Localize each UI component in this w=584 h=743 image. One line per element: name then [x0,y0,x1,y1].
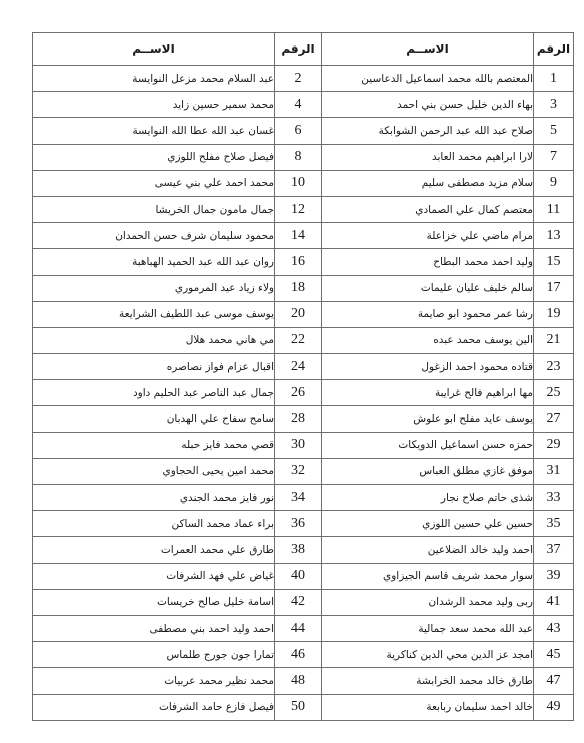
row-name-right: حسين علي حسين اللوزي [322,511,534,537]
header-number-right: الرقم [534,33,574,66]
row-name-left: اسامة خليل صالح خريسات [33,589,275,615]
row-name-left: محمد سمير حسين زايد [33,92,275,118]
table-row: 37احمد وليد خالد الضلاعين38طارق علي محمد… [33,537,574,563]
row-number-right: 41 [534,589,574,615]
row-name-right: وليد احمد محمد البطاح [322,249,534,275]
row-number-left: 10 [275,170,322,196]
row-name-right: عبد الله محمد سعد جمالية [322,615,534,641]
row-name-left: مي هاني محمد هلال [33,327,275,353]
row-number-right: 17 [534,275,574,301]
row-name-left: جمال عبد الناصر عبد الحليم داود [33,380,275,406]
row-name-left: روان عبد الله عبد الحميد الهباهبة [33,249,275,275]
row-number-left: 36 [275,511,322,537]
row-number-left: 30 [275,432,322,458]
row-number-right: 1 [534,66,574,92]
row-name-left: محمد نظير محمد عربيات [33,668,275,694]
table-row: 47طارق خالد محمد الخرابشة48محمد نظير محم… [33,668,574,694]
table-row: 5صلاح عبد الله عبد الرحمن الشوابكة6غسان … [33,118,574,144]
row-name-right: احمد وليد خالد الضلاعين [322,537,534,563]
row-number-left: 44 [275,615,322,641]
row-number-right: 35 [534,511,574,537]
row-number-right: 47 [534,668,574,694]
row-name-right: قتاده محمود احمد الزغول [322,354,534,380]
row-number-left: 26 [275,380,322,406]
row-number-right: 19 [534,301,574,327]
row-name-left: جمال مامون جمال الخريشا [33,196,275,222]
table-row: 39سوار محمد شريف قاسم الجيزاوي40غياض علي… [33,563,574,589]
row-name-right: خالد احمد سليمان ربابعة [322,694,534,720]
row-number-left: 28 [275,406,322,432]
row-number-left: 22 [275,327,322,353]
row-name-right: شذى حاتم صلاح نجار [322,485,534,511]
document-page: الرقم الاســم الرقم الاســم 1المعتصم بال… [32,32,573,721]
row-number-left: 48 [275,668,322,694]
row-number-right: 37 [534,537,574,563]
row-number-right: 23 [534,354,574,380]
row-name-right: مرام ماضي علي خزاعلة [322,223,534,249]
row-name-left: محمد احمد علي بني عيسى [33,170,275,196]
row-number-right: 7 [534,144,574,170]
table-row: 41ربى وليد محمد الرشدان42اسامة خليل صالح… [33,589,574,615]
row-name-right: بهاء الدين خليل حسن بني احمد [322,92,534,118]
row-number-right: 9 [534,170,574,196]
row-number-left: 12 [275,196,322,222]
row-name-left: طارق علي محمد العمرات [33,537,275,563]
row-name-left: غسان عبد الله عطا الله النوايسة [33,118,275,144]
row-number-left: 32 [275,458,322,484]
row-number-left: 16 [275,249,322,275]
table-row: 23قتاده محمود احمد الزغول24اقبال عزام فو… [33,354,574,380]
table-row: 7لارا ابراهيم محمد العابد8فيصل صلاح مفلح… [33,144,574,170]
table-row: 45امجد عز الدين محي الدين كناكرية46تمارا… [33,642,574,668]
row-name-right: يوسف عايد مفلح ابو علوش [322,406,534,432]
row-name-right: المعتصم بالله محمد اسماعيل الدعاسين [322,66,534,92]
row-name-left: غياض علي فهد الشرفات [33,563,275,589]
row-name-right: حمزه حسن اسماعيل الدويكات [322,432,534,458]
row-name-left: قصي محمد فايز حبله [33,432,275,458]
row-name-right: سوار محمد شريف قاسم الجيزاوي [322,563,534,589]
table-row: 9سلام مزيد مصطفى سليم10محمد احمد علي بني… [33,170,574,196]
table-row: 43عبد الله محمد سعد جمالية44احمد وليد اح… [33,615,574,641]
table-row: 35حسين علي حسين اللوزي36براء عماد محمد ا… [33,511,574,537]
header-name-left: الاســم [33,33,275,66]
row-number-right: 33 [534,485,574,511]
row-name-right: مها ابراهيم فالح غرايبة [322,380,534,406]
table-row: 31موفق غازي مطلق العباس32محمد امين يحيى … [33,458,574,484]
row-number-right: 21 [534,327,574,353]
row-number-right: 29 [534,432,574,458]
row-name-left: احمد وليد احمد بني مصطفى [33,615,275,641]
header-number-left: الرقم [275,33,322,66]
row-number-left: 42 [275,589,322,615]
row-name-left: فيصل فازع حامد الشرفات [33,694,275,720]
row-number-left: 8 [275,144,322,170]
row-name-right: موفق غازي مطلق العباس [322,458,534,484]
row-number-right: 5 [534,118,574,144]
table-row: 27يوسف عايد مفلح ابو علوش28سامح سفاح علي… [33,406,574,432]
row-name-left: فيصل صلاح مفلح اللوزي [33,144,275,170]
row-name-left: اقبال عزام فواز نصاصره [33,354,275,380]
row-number-right: 15 [534,249,574,275]
table-row: 13مرام ماضي علي خزاعلة14محمود سليمان شرف… [33,223,574,249]
row-number-right: 45 [534,642,574,668]
table-row: 19رشا عمر محمود ابو صايمة20يوسف موسى عبد… [33,301,574,327]
row-name-right: لارا ابراهيم محمد العابد [322,144,534,170]
row-number-right: 3 [534,92,574,118]
table-row: 1المعتصم بالله محمد اسماعيل الدعاسين2عبد… [33,66,574,92]
row-name-left: ولاء زياد عيد المرموري [33,275,275,301]
row-number-left: 14 [275,223,322,249]
row-name-left: سامح سفاح علي الهدبان [33,406,275,432]
row-number-right: 25 [534,380,574,406]
table-row: 29حمزه حسن اسماعيل الدويكات30قصي محمد فا… [33,432,574,458]
row-name-left: يوسف موسى عبد اللطيف الشرايعة [33,301,275,327]
row-name-left: محمود سليمان شرف حسن الحمدان [33,223,275,249]
row-name-left: عبد السلام محمد مزعل النوايسة [33,66,275,92]
row-name-left: براء عماد محمد الساكن [33,511,275,537]
table-row: 3بهاء الدين خليل حسن بني احمد4محمد سمير … [33,92,574,118]
row-number-left: 50 [275,694,322,720]
row-number-left: 18 [275,275,322,301]
table-row: 25مها ابراهيم فالح غرايبة26جمال عبد النا… [33,380,574,406]
row-name-left: تمارا جون جورج طلماس [33,642,275,668]
row-number-right: 13 [534,223,574,249]
header-row: الرقم الاســم الرقم الاســم [33,33,574,66]
row-number-left: 46 [275,642,322,668]
row-name-right: رشا عمر محمود ابو صايمة [322,301,534,327]
table-row: 33شذى حاتم صلاح نجار34نور فايز محمد الجن… [33,485,574,511]
row-name-right: سالم خليف عليان عليمات [322,275,534,301]
row-number-right: 27 [534,406,574,432]
row-number-left: 6 [275,118,322,144]
table-row: 17سالم خليف عليان عليمات18ولاء زياد عيد … [33,275,574,301]
row-number-left: 24 [275,354,322,380]
row-number-left: 4 [275,92,322,118]
row-number-left: 20 [275,301,322,327]
row-name-right: الين يوسف محمد عبده [322,327,534,353]
row-number-right: 49 [534,694,574,720]
row-number-left: 38 [275,537,322,563]
row-number-left: 34 [275,485,322,511]
table-row: 11معتصم كمال علي الصمادي12جمال مامون جما… [33,196,574,222]
table-row: 21الين يوسف محمد عبده22مي هاني محمد هلال [33,327,574,353]
table-row: 15وليد احمد محمد البطاح16روان عبد الله ع… [33,249,574,275]
names-table: الرقم الاســم الرقم الاســم 1المعتصم بال… [32,32,574,721]
row-name-left: نور فايز محمد الجندي [33,485,275,511]
header-name-right: الاســم [322,33,534,66]
row-number-right: 39 [534,563,574,589]
row-name-right: سلام مزيد مصطفى سليم [322,170,534,196]
row-number-right: 11 [534,196,574,222]
row-name-right: صلاح عبد الله عبد الرحمن الشوابكة [322,118,534,144]
row-name-right: معتصم كمال علي الصمادي [322,196,534,222]
row-number-right: 43 [534,615,574,641]
row-name-right: امجد عز الدين محي الدين كناكرية [322,642,534,668]
row-number-right: 31 [534,458,574,484]
row-number-left: 2 [275,66,322,92]
row-name-right: ربى وليد محمد الرشدان [322,589,534,615]
row-name-right: طارق خالد محمد الخرابشة [322,668,534,694]
row-number-left: 40 [275,563,322,589]
table-row: 49خالد احمد سليمان ربابعة50فيصل فازع حام… [33,694,574,720]
row-name-left: محمد امين يحيى الحجاوي [33,458,275,484]
